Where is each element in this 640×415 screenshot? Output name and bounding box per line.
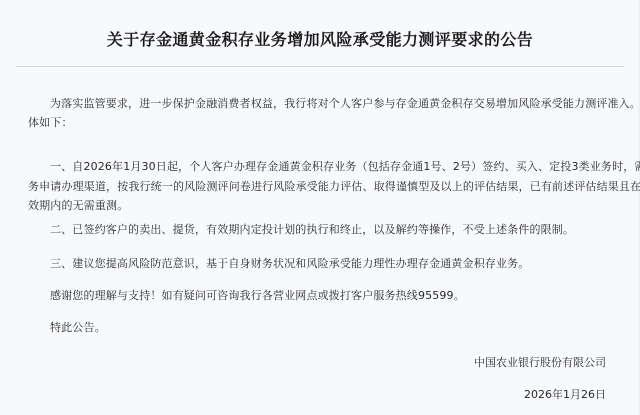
intro-paragraph-line-1: 为落实监管要求，进一步保护金融消费者权益，我行将对个人客户参与存金通黄金积存交易… [50,97,640,111]
announcement-title: 关于存金通黄金积存业务增加风险承受能力测评要求的公告 [0,30,640,50]
signature-date: 2026年1月26日 [524,388,606,402]
thanks-paragraph: 感谢您的理解与支持！如有疑问可咨询我行各营业网点或拨打客户服务热线95599。 [50,289,465,303]
clause-three: 三、建议您提高风险防范意识，基于自身财务状况和风险承受能力理性办理存金通黄金积存… [50,257,529,271]
title-divider [16,66,624,67]
closing-paragraph: 特此公告。 [50,321,106,335]
intro-paragraph-line-2: 体如下： [28,116,73,130]
clause-one-line-2: 务申请办理渠道，按我行统一的风险测评问卷进行风险承受能力评估、取得谨慎型及以上的… [28,180,640,194]
signature-organization: 中国农业银行股份有限公司 [474,356,606,370]
clause-two: 二、已签约客户的卖出、提货，有效期内定投计划的执行和终止，以及解约等操作，不受上… [50,223,574,237]
announcement-page: 关于存金通黄金积存业务增加风险承受能力测评要求的公告 为落实监管要求，进一步保护… [0,0,640,415]
clause-one-line-3: 效期内的无需重测。 [28,199,128,213]
clause-one-line-1: 一、自2026年1月30日起，个人客户办理存金通黄金积存业务（包括存金通1号、2… [50,160,640,174]
